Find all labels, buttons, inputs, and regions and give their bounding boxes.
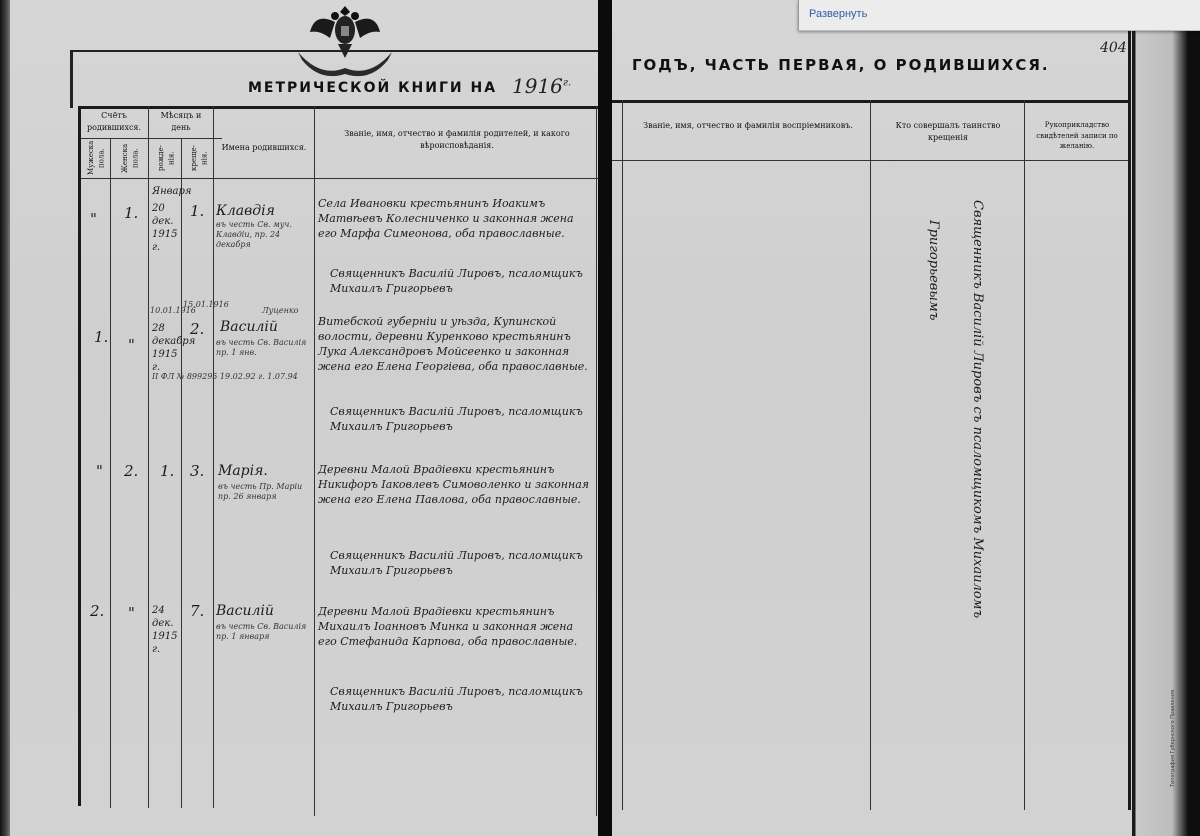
col-divider: [314, 106, 315, 816]
header-parents: Званіе, имя, отчество и фамилія родителе…: [322, 128, 592, 152]
record-3-female: 2.: [124, 464, 138, 479]
imperial-eagle-icon: [290, 2, 400, 80]
right-col-divider: [1024, 100, 1025, 810]
title-frame-left: [70, 50, 73, 108]
record-2-born: 28 декабря 1915 г.: [152, 322, 182, 374]
record-2-female: ": [128, 338, 135, 353]
record-4-female: ": [128, 606, 135, 621]
table-top-border: [80, 106, 600, 109]
record-3-born: 1.: [160, 464, 174, 479]
right-table-top-border: [612, 100, 1130, 103]
record-4-parents: Деревни Малой Врадіевки крестьянинъ Миха…: [318, 604, 592, 649]
record-1-born: 20 дек. 1915 г.: [152, 202, 182, 254]
record-2-name-note: въ честь Св. Василія пр. 1 янв.: [216, 338, 312, 358]
header-names: Имена родившихся.: [214, 142, 314, 154]
header-count: Счётъ родившихся.: [80, 110, 148, 134]
record-2-archive-note: II ФЛ № 899295 19.02.92 г. 1.07.94: [152, 372, 312, 382]
record-3-name: Марія.: [218, 464, 268, 479]
record-3-clergy: Священникъ Василій Лировъ, псаломщикъ Ми…: [330, 548, 592, 578]
col-divider: [213, 106, 214, 808]
record-4-born: 24 дек. 1915 г.: [152, 604, 182, 656]
record-1-name-note: въ честь Св. муч. Клавдіи, пр. 24 декабр…: [216, 220, 312, 250]
record-2-baptized-annotation: 15.01.1916: [183, 300, 229, 310]
record-1-parents: Села Ивановки крестьянинъ Иоакимъ Матвѣе…: [318, 196, 592, 241]
record-4-male: 2.: [90, 604, 104, 619]
header-born: рожде-нія.: [156, 140, 176, 176]
right-table-border: [1128, 20, 1131, 810]
table-left-border: [78, 106, 81, 806]
header-month-day: Мѣсяцъ и день: [150, 110, 212, 134]
record-1-born-month: Января: [152, 184, 214, 199]
record-1-baptized: 1.: [190, 204, 204, 219]
header-witnesses: Рукоприкладство свидѣтелей записи по жел…: [1028, 120, 1126, 152]
record-3-name-note: въ честь Пр. Маріи пр. 26 января: [218, 482, 312, 502]
right-col-divider: [622, 100, 623, 810]
header-baptized: крещe-нія.: [189, 140, 209, 176]
header-godparents: Званіе, имя, отчество и фамилія воспріем…: [630, 120, 866, 132]
record-1-female: 1.: [124, 206, 138, 221]
record-4-name: Василій: [216, 604, 274, 619]
sacrament-performer: Священникъ Василій Лировъ съ псаломщиком…: [970, 200, 985, 660]
record-4-clergy: Священникъ Василій Лировъ, псаломщикъ Ми…: [330, 684, 592, 714]
right-header-bottom-border: [612, 160, 1130, 161]
record-4-baptized: 7.: [190, 604, 204, 619]
header-male: Мужеска пола.: [86, 140, 106, 176]
page-number: 404.: [1100, 40, 1131, 56]
book-right-edge: [1132, 0, 1200, 836]
record-1-name: Клавдія: [216, 204, 275, 219]
col-divider: [148, 106, 149, 808]
header-female: Женска пола.: [120, 140, 140, 176]
record-2-name-annotation: Луценко: [262, 306, 299, 316]
year-value: 1916: [512, 74, 563, 98]
register-title: МЕТРИЧЕСКОЙ КНИГИ НА: [248, 80, 497, 96]
register-title-continued: ГОДЪ, ЧАСТЬ ПЕРВАЯ, О РОДИВШИХСЯ.: [632, 56, 1050, 74]
record-4-name-note: въ честь Св. Василія пр. 1 января: [216, 622, 312, 642]
record-2-parents: Витебской губерніи и уѣзда, Купинской во…: [318, 314, 592, 374]
record-2-baptized: 2.: [190, 322, 204, 337]
record-2-name: Василій: [220, 320, 278, 335]
record-2-clergy: Священникъ Василій Лировъ, псаломщикъ Ми…: [330, 404, 592, 434]
col-divider: [596, 106, 597, 816]
record-3-baptized: 3.: [190, 464, 204, 479]
right-col-divider: [870, 100, 871, 810]
viewer-popup: Развернуть: [798, 0, 1200, 31]
record-1-clergy: Священникъ Василій Лировъ, псаломщикъ Ми…: [330, 266, 592, 296]
record-1-male: ": [90, 212, 97, 227]
register-year: 1916г.: [512, 74, 571, 98]
record-3-parents: Деревни Малой Врадіевки крестьянинъ Ники…: [318, 462, 592, 507]
expand-link[interactable]: Развернуть: [809, 8, 867, 20]
year-suffix: г.: [563, 77, 571, 88]
record-3-male: ": [96, 464, 103, 479]
header-bottom-border: [80, 178, 600, 179]
print-stamp: Типография Губернского Правления: [1170, 690, 1176, 787]
header-performed-by: Кто совершалъ таинство крещенія: [876, 120, 1020, 144]
sacrament-performer-line2: Григорьевымъ: [926, 220, 941, 380]
header-subgroup-line: [80, 138, 222, 139]
col-divider: [110, 138, 111, 808]
record-2-male: 1.: [94, 330, 108, 345]
